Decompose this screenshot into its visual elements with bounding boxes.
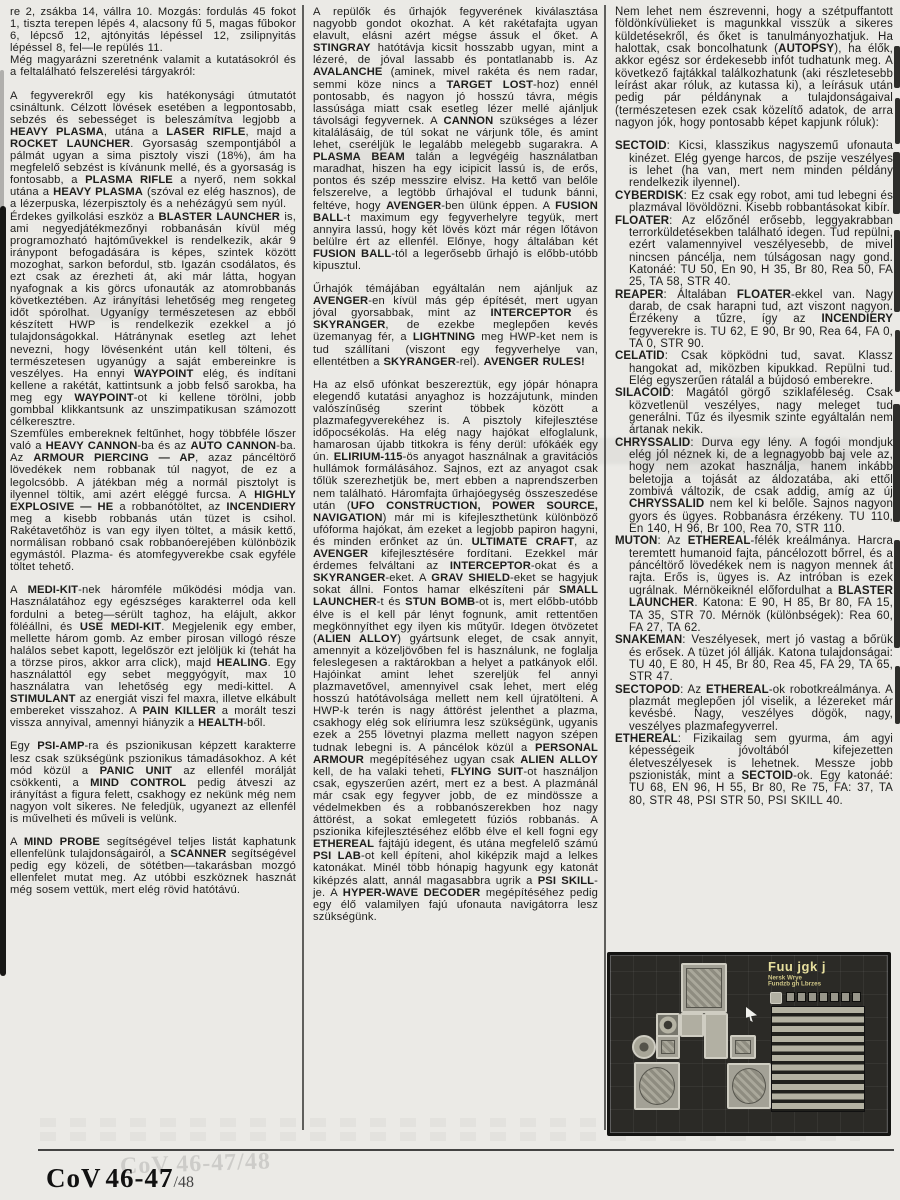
print-bleed	[330, 148, 580, 188]
equip-slot	[819, 992, 828, 1002]
alien-entry: REAPER: Általában FLOATER-ekkel van. Nag…	[615, 289, 893, 351]
scan-edge-artifact	[893, 152, 900, 214]
alien-entry: ETHEREAL: Fizikailag sem gyurma, ám agyi…	[615, 733, 893, 807]
scan-edge-artifact	[893, 404, 900, 522]
alien-entry: MUTON: Az ETHEREAL-félék kreálmánya. Har…	[615, 535, 893, 634]
scan-edge-artifact	[894, 230, 900, 312]
item-artwork	[732, 1068, 766, 1104]
inventory-tile	[656, 1035, 680, 1059]
footer-rule	[38, 1149, 894, 1151]
scan-edge-artifact	[895, 330, 900, 392]
column-divider-1	[302, 5, 304, 1130]
paragraph: A MEDI-KIT-nek háromféle működési módja …	[10, 584, 296, 729]
scan-edge-artifact	[0, 70, 4, 210]
equip-slot-row	[786, 992, 862, 1002]
item-artwork	[661, 1040, 675, 1054]
column-3: Nem lehet nem észrevenni, hogy a szétpuf…	[615, 6, 893, 807]
equip-slot	[852, 992, 861, 1002]
paragraph: Űrhajók témájában egyáltalán nem ajánlju…	[313, 283, 598, 368]
alien-entry: FLOATER: Az előzőnél erősebb, leggyakrab…	[615, 215, 893, 289]
item-list-panel	[772, 1007, 864, 1111]
column-1: re 2, zsákba 14, vállra 10. Mozgás: ford…	[10, 6, 296, 897]
paragraph: Szemfüles embereknek feltűnhet, hogy töb…	[10, 428, 296, 573]
equip-slot	[830, 992, 839, 1002]
inventory-tile	[632, 1035, 656, 1059]
inventory-tile	[656, 1013, 680, 1037]
paragraph: A repülők és űrhajók fegyverének kiválas…	[313, 6, 598, 272]
scan-edge-artifact	[895, 98, 900, 144]
page-number: /48	[174, 1174, 194, 1191]
equip-slot	[808, 992, 817, 1002]
alien-entry: CYBERDISK: Ez csak egy robot, ami tud le…	[615, 190, 893, 215]
alien-entry: SILACOID: Magától görgő sziklaféleség. C…	[615, 387, 893, 436]
inventory-tile	[730, 1035, 756, 1059]
scan-edge-artifact	[894, 540, 900, 648]
alien-entry: SNAKEMAN: Veszélyesek, mert jó vastag a …	[615, 634, 893, 683]
inventory-tile	[634, 1062, 680, 1110]
paragraph: Még magyarázni szeretnénk valamit a kuta…	[10, 54, 296, 78]
alien-entry: CELATID: Csak köpködni tud, savat. Klass…	[615, 350, 893, 387]
inventory-tile	[680, 1013, 704, 1037]
paragraph: A fegyverekről egy kis hatékonysági útmu…	[10, 90, 296, 211]
footer-logo: CoV 46-47/48	[46, 1163, 194, 1194]
paragraph: re 2, zsákba 14, vállra 10. Mozgás: ford…	[10, 6, 296, 54]
inventory-tile	[704, 1013, 728, 1059]
print-bleed	[60, 296, 260, 320]
scan-edge-artifact	[895, 666, 900, 724]
print-bleed	[640, 452, 860, 474]
equip-slot	[797, 992, 806, 1002]
alien-entry: SECTOPOD: Az ETHEREAL-ok robotkreálmánya…	[615, 684, 893, 733]
item-artwork	[639, 1067, 675, 1105]
item-artwork	[686, 968, 722, 1008]
paragraph: Egy PSI-AMP-ra és pszionikusan képzett k…	[10, 740, 296, 825]
inventory-tile	[727, 1063, 771, 1109]
game-screenshot: Fuu jgk j Nersk Wrye Fundzb gh Lbrzes	[607, 952, 891, 1136]
scan-edge-artifact	[894, 46, 900, 88]
column-2: A repülők és űrhajók fegyverének kiválas…	[313, 6, 598, 923]
paragraph: A MIND PROBE segítségével teljes listát …	[10, 836, 296, 896]
inventory-tile	[681, 963, 727, 1013]
item-artwork	[735, 1040, 751, 1054]
equip-slot	[841, 992, 850, 1002]
magazine-name: CoV	[46, 1163, 102, 1193]
issue-number: 46-47	[106, 1163, 174, 1193]
paragraph: Nem lehet nem észrevenni, hogy a szétpuf…	[615, 6, 893, 129]
screenshot-title: Fuu jgk j	[768, 959, 826, 974]
column-divider-2	[604, 5, 606, 1130]
alien-entry: SECTOID: Kicsi, klasszikus nagyszemű ufo…	[615, 140, 893, 189]
inventory-tile	[770, 992, 782, 1004]
magazine-page: re 2, zsákba 14, vállra 10. Mozgás: ford…	[0, 0, 900, 1200]
screenshot-subtitle: Nersk Wrye Fundzb gh Lbrzes	[768, 975, 886, 987]
scan-edge-artifact	[0, 206, 6, 976]
screenshot-subtitle-line: Fundzb gh Lbrzes	[768, 981, 821, 988]
equip-slot	[786, 992, 795, 1002]
